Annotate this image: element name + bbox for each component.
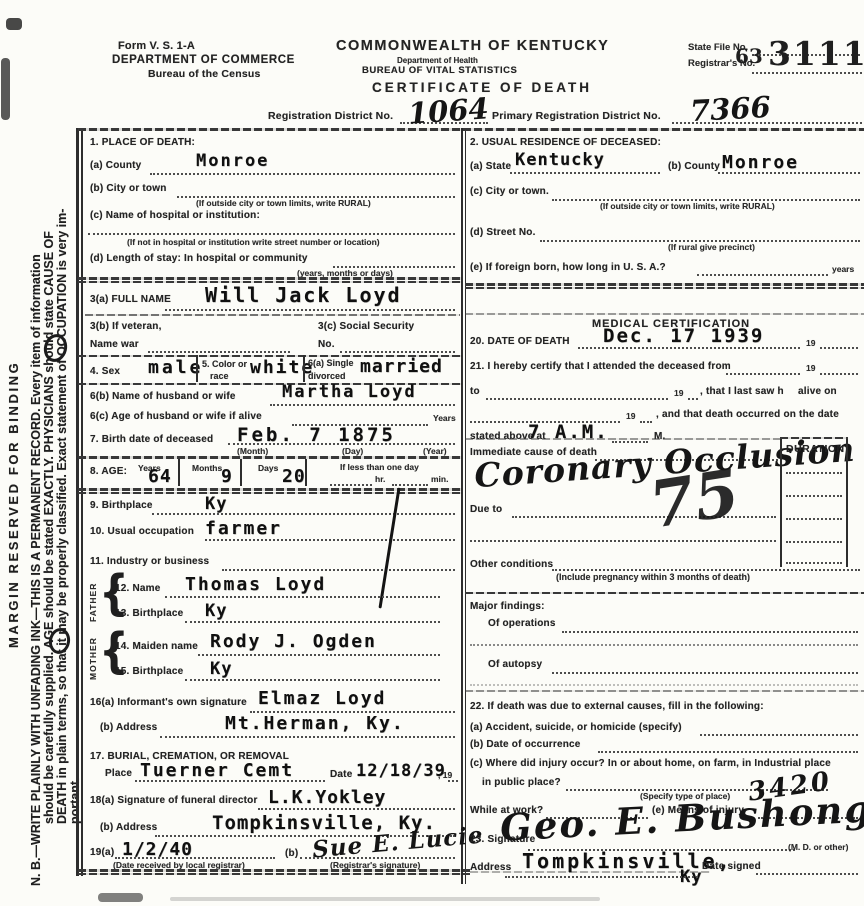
mother-birthplace-line xyxy=(185,679,440,681)
father-name-line xyxy=(165,596,440,598)
row-rule xyxy=(465,690,864,692)
marital-label: 6(a) Single xyxy=(308,358,354,368)
residence-title: 2. USUAL RESIDENCE OF DECEASED: xyxy=(470,137,661,148)
accident-label: (a) Accident, suicide, or homicide (spec… xyxy=(470,722,682,733)
physician-signature: Geo. E. Bushong xyxy=(499,786,864,849)
form-top-rule xyxy=(78,128,864,131)
row-rule xyxy=(85,314,460,316)
other-conditions-line xyxy=(552,569,860,571)
street-no-hint: (If rural give precinct) xyxy=(668,242,755,252)
md-or-other-hint: (M. D. or other) xyxy=(788,842,848,852)
scan-smudge xyxy=(98,893,143,902)
informant-address-value: Mt.Herman, Ky. xyxy=(225,713,405,734)
certify-label: 21. I hereby certify that I attended the… xyxy=(470,361,731,372)
physician-address-label: Address xyxy=(470,862,511,873)
month-hint: (Month) xyxy=(237,446,268,456)
date-of-death-value: Dec. 17 1939 xyxy=(603,325,764,347)
father-birthplace-value: Ky xyxy=(205,601,227,621)
occupation-label: 10. Usual occupation xyxy=(90,526,194,537)
burial-place-line xyxy=(135,780,325,782)
duration-line xyxy=(786,562,842,564)
full-name-value: Will Jack Loyd xyxy=(205,283,402,307)
received-date-line xyxy=(115,857,275,859)
accident-line xyxy=(700,734,858,736)
spouse-age-label: 6(c) Age of husband or wife if alive xyxy=(90,411,262,422)
department-of-commerce: DEPARTMENT OF COMMERCE xyxy=(112,54,295,66)
column-separator xyxy=(303,355,305,382)
residence-state-label: (a) State xyxy=(470,161,511,172)
age-days-value: 20 xyxy=(282,466,306,487)
scan-streak xyxy=(170,897,600,901)
foreign-born-label: (e) If foreign born, how long in U. S. A… xyxy=(470,262,666,273)
column-separator xyxy=(178,459,180,486)
occurrence-line xyxy=(598,751,858,753)
full-name-line xyxy=(165,309,455,311)
birthplace-label: 9. Birthplace xyxy=(90,500,153,511)
year-line xyxy=(820,373,858,375)
foreign-born-suffix: years xyxy=(832,264,854,274)
father-birthplace-line xyxy=(185,621,440,623)
veteran-line xyxy=(148,351,290,353)
form-bottom-rule xyxy=(78,869,470,872)
received-row-label: 19(a) xyxy=(90,847,114,858)
row-rule xyxy=(78,456,462,459)
residence-county-line xyxy=(718,172,860,174)
hospital-line xyxy=(88,233,455,235)
last-saw-label: , that I last saw h xyxy=(700,386,784,397)
scan-smudge xyxy=(1,58,10,120)
hospital-label: (c) Name of hospital or institution: xyxy=(90,210,260,221)
center-divider-inner xyxy=(465,128,466,884)
street-no-label: (d) Street No. xyxy=(470,227,536,238)
residence-state-line xyxy=(510,172,660,174)
marital-label2: divorced xyxy=(308,371,346,381)
bureau-of-census: Bureau of the Census xyxy=(148,68,261,80)
sex-label: 4. Sex xyxy=(90,366,120,377)
veteran-name-war-label: Name war xyxy=(90,339,139,350)
date-signed-line xyxy=(756,873,858,875)
time-of-death-value: 7 A.M. xyxy=(528,421,609,443)
due-to-line2 xyxy=(470,540,776,542)
burial-year-token: , 19 xyxy=(438,770,452,780)
father-birthplace-label: 13. Birthplace xyxy=(115,608,183,619)
father-name-label: 12. Name xyxy=(115,583,161,594)
marital-value: married xyxy=(360,356,443,377)
full-name-label: 3(a) FULL NAME xyxy=(90,294,171,305)
min-label: min. xyxy=(431,474,448,484)
row-rule xyxy=(78,488,462,491)
birth-date-line xyxy=(228,443,455,445)
burial-date-line xyxy=(448,780,458,782)
physician-address-line xyxy=(505,876,698,878)
occupation-line xyxy=(205,539,455,541)
age-months-value: 9 xyxy=(221,466,233,487)
major-findings-label: Major findings: xyxy=(470,601,545,612)
state-file-stamp-prefix: 63 xyxy=(735,44,763,68)
year-line xyxy=(640,421,652,423)
binding-margin-text: MARGIN RESERVED FOR BINDING xyxy=(6,361,21,648)
certify-to-line xyxy=(486,398,668,400)
autopsy-label: Of autopsy xyxy=(488,659,542,670)
less-than-one-day-label: If less than one day xyxy=(340,462,419,472)
binding-margin-note: MARGIN RESERVED FOR BINDING xyxy=(6,308,21,648)
nb-margin-note: N. B.—WRITE PLAINLY WITH UNFADING INK—TH… xyxy=(30,94,82,886)
due-to-label: Due to xyxy=(470,504,502,515)
form-left-border xyxy=(76,128,79,876)
injury-where-label2: in public place? xyxy=(482,777,561,788)
duration-line xyxy=(786,472,842,474)
commonwealth-title: COMMONWEALTH OF KENTUCKY xyxy=(336,38,609,54)
duration-label: DURATION xyxy=(786,443,845,455)
duration-box-right xyxy=(846,437,848,567)
mother-birthplace-label: 15. Birthplace xyxy=(115,666,183,677)
row-rule xyxy=(465,313,864,315)
year-token: 19 xyxy=(674,388,683,398)
m-label: M. xyxy=(654,431,666,442)
row-rule xyxy=(465,592,864,594)
mother-name-line xyxy=(198,654,440,656)
duration-line xyxy=(786,495,842,497)
age-days-label: Days xyxy=(258,463,278,473)
date-of-death-label: 20. DATE OF DEATH xyxy=(470,336,570,347)
occurred-label: , and that death occurred on the date xyxy=(656,409,839,420)
alive-on-label: alive on xyxy=(798,386,837,397)
birthplace-value: Ky xyxy=(205,494,227,514)
occupation-value: farmer xyxy=(205,518,282,539)
mother-name-label: 14. Maiden name xyxy=(115,641,198,652)
day-hint: (Day) xyxy=(342,446,363,456)
time-line xyxy=(612,441,648,443)
spouse-label: 6(b) Name of husband or wife xyxy=(90,391,236,402)
ssn-line xyxy=(340,351,455,353)
hospital-hint: (If not in hospital or institution write… xyxy=(127,237,380,247)
year-token: 19 xyxy=(806,363,815,373)
center-divider xyxy=(461,128,463,884)
mother-group-label: MOTHER xyxy=(88,630,98,680)
form-number: Form V. S. 1-A xyxy=(118,40,195,52)
city-town-hint: (If outside city or town limits, write R… xyxy=(196,198,371,208)
state-file-stamp-number: 31116 xyxy=(768,34,864,73)
section-rule xyxy=(78,277,462,280)
injury-where-label: (c) Where did injury occur? In or about … xyxy=(470,758,831,769)
funeral-director-line xyxy=(258,808,455,810)
age-months-label: Months xyxy=(192,463,222,473)
burial-date-label: Date xyxy=(330,769,352,780)
duration-line xyxy=(786,541,842,543)
ssn-label: 3(c) Social Security xyxy=(318,321,414,332)
veteran-label: 3(b) If veteran, xyxy=(90,321,162,332)
registrar-b-label: (b) xyxy=(285,848,298,859)
column-separator xyxy=(196,355,198,382)
operations-line xyxy=(562,631,858,633)
due-to-scrawl: 75 xyxy=(645,455,745,543)
hr-line xyxy=(330,484,372,486)
section-rule xyxy=(465,287,864,289)
autopsy-line2 xyxy=(470,684,858,686)
informant-signature-value: Elmaz Loyd xyxy=(258,688,386,709)
row-rule xyxy=(78,492,462,494)
residence-county-label: (b) County xyxy=(668,161,720,172)
dept-of-health: Department of Health xyxy=(397,56,478,65)
funeral-director-label: 18(a) Signature of funeral director xyxy=(90,795,258,806)
bureau-vital-statistics: BUREAU OF VITAL STATISTICS xyxy=(362,65,517,76)
primary-district-label: Primary Registration District No. xyxy=(492,110,661,122)
date-signed-label: Date signed xyxy=(702,861,761,872)
industry-line xyxy=(222,569,455,571)
occurrence-label: (b) Date of occurrence xyxy=(470,739,581,750)
form-left-border-inner xyxy=(81,128,83,876)
year-line xyxy=(820,347,858,349)
scan-smudge xyxy=(6,18,22,30)
certify-from-line xyxy=(726,373,800,375)
county-value: Monroe xyxy=(196,151,269,171)
other-conditions-hint: (Include pregnancy within 3 months of de… xyxy=(556,572,750,582)
funeral-address-label: (b) Address xyxy=(100,822,157,833)
burial-place-label: Place xyxy=(105,768,132,779)
residence-city-label: (c) City or town. xyxy=(470,186,549,197)
primary-district-value: 7366 xyxy=(689,90,771,128)
residence-city-hint: (If outside city or town limits, write R… xyxy=(600,201,775,211)
informant-address-line xyxy=(160,736,455,738)
father-group-label: FATHER xyxy=(88,574,98,622)
hr-label: hr. xyxy=(375,474,385,484)
mother-birthplace-value: Ky xyxy=(210,659,232,679)
residence-county-value: Monroe xyxy=(722,152,799,173)
duration-box-top xyxy=(780,437,848,439)
ssn-no-label: No. xyxy=(318,339,335,350)
age-years-value: 64 xyxy=(148,466,172,487)
handwritten-slash-mark xyxy=(378,488,400,609)
certify-to-label: to xyxy=(470,386,480,397)
nb-line: DEATH in plain terms, so that it may be … xyxy=(56,94,69,824)
autopsy-line xyxy=(552,672,858,674)
operations-line2 xyxy=(470,644,858,646)
other-conditions-label: Other conditions xyxy=(470,559,553,570)
operations-label: Of operations xyxy=(488,618,556,629)
year-hint: (Year) xyxy=(423,446,447,456)
residence-state-value: Kentucky xyxy=(515,150,605,170)
burial-date-value: 12/18/39 xyxy=(356,761,446,781)
mother-name-value: Rody J. Ogden xyxy=(210,631,377,652)
birth-date-label: 7. Birth date of deceased xyxy=(90,434,213,445)
year-line xyxy=(688,398,698,400)
spouse-line xyxy=(270,404,455,406)
foreign-born-line xyxy=(697,274,828,276)
duration-box-left xyxy=(780,437,782,567)
informant-signature-label: 16(a) Informant's own signature xyxy=(90,697,247,708)
length-of-stay-label: (d) Length of stay: In hospital or commu… xyxy=(90,253,308,264)
county-label: (a) County xyxy=(90,160,141,171)
county-line xyxy=(150,173,455,175)
birthplace-line xyxy=(152,513,455,515)
year-token: 19 xyxy=(626,411,635,421)
date-of-death-line xyxy=(578,347,800,349)
column-separator xyxy=(240,459,242,486)
duration-line xyxy=(786,518,842,520)
age-label: 8. AGE: xyxy=(90,466,127,477)
registrar-signature-line xyxy=(300,857,455,859)
funeral-director-value: L.K.Yokley xyxy=(268,787,386,808)
color-race-label: 5. Color or xyxy=(202,359,247,369)
place-of-death-title: 1. PLACE OF DEATH: xyxy=(90,137,195,148)
year-token: 19 xyxy=(806,338,815,348)
city-town-label: (b) City or town xyxy=(90,183,167,194)
min-line xyxy=(392,484,428,486)
death-certificate-scan: MARGIN RESERVED FOR BINDING N. B.—WRITE … xyxy=(0,0,864,906)
column-separator xyxy=(305,459,307,486)
registration-district-value: 1064 xyxy=(407,91,490,131)
color-race-value: white xyxy=(250,357,314,378)
section-rule xyxy=(465,283,864,286)
external-causes-title: 22. If death was due to external causes,… xyxy=(470,701,764,712)
informant-address-label: (b) Address xyxy=(100,722,157,733)
father-name-value: Thomas Loyd xyxy=(185,574,326,595)
burial-place-value: Tuerner Cemt xyxy=(140,760,294,781)
form-bottom-rule xyxy=(78,873,470,875)
registration-district-label: Registration District No. xyxy=(268,110,393,122)
spouse-age-suffix: Years xyxy=(433,413,456,423)
color-race-label2: race xyxy=(210,371,229,381)
spouse-value: Martha Loyd xyxy=(282,382,417,402)
